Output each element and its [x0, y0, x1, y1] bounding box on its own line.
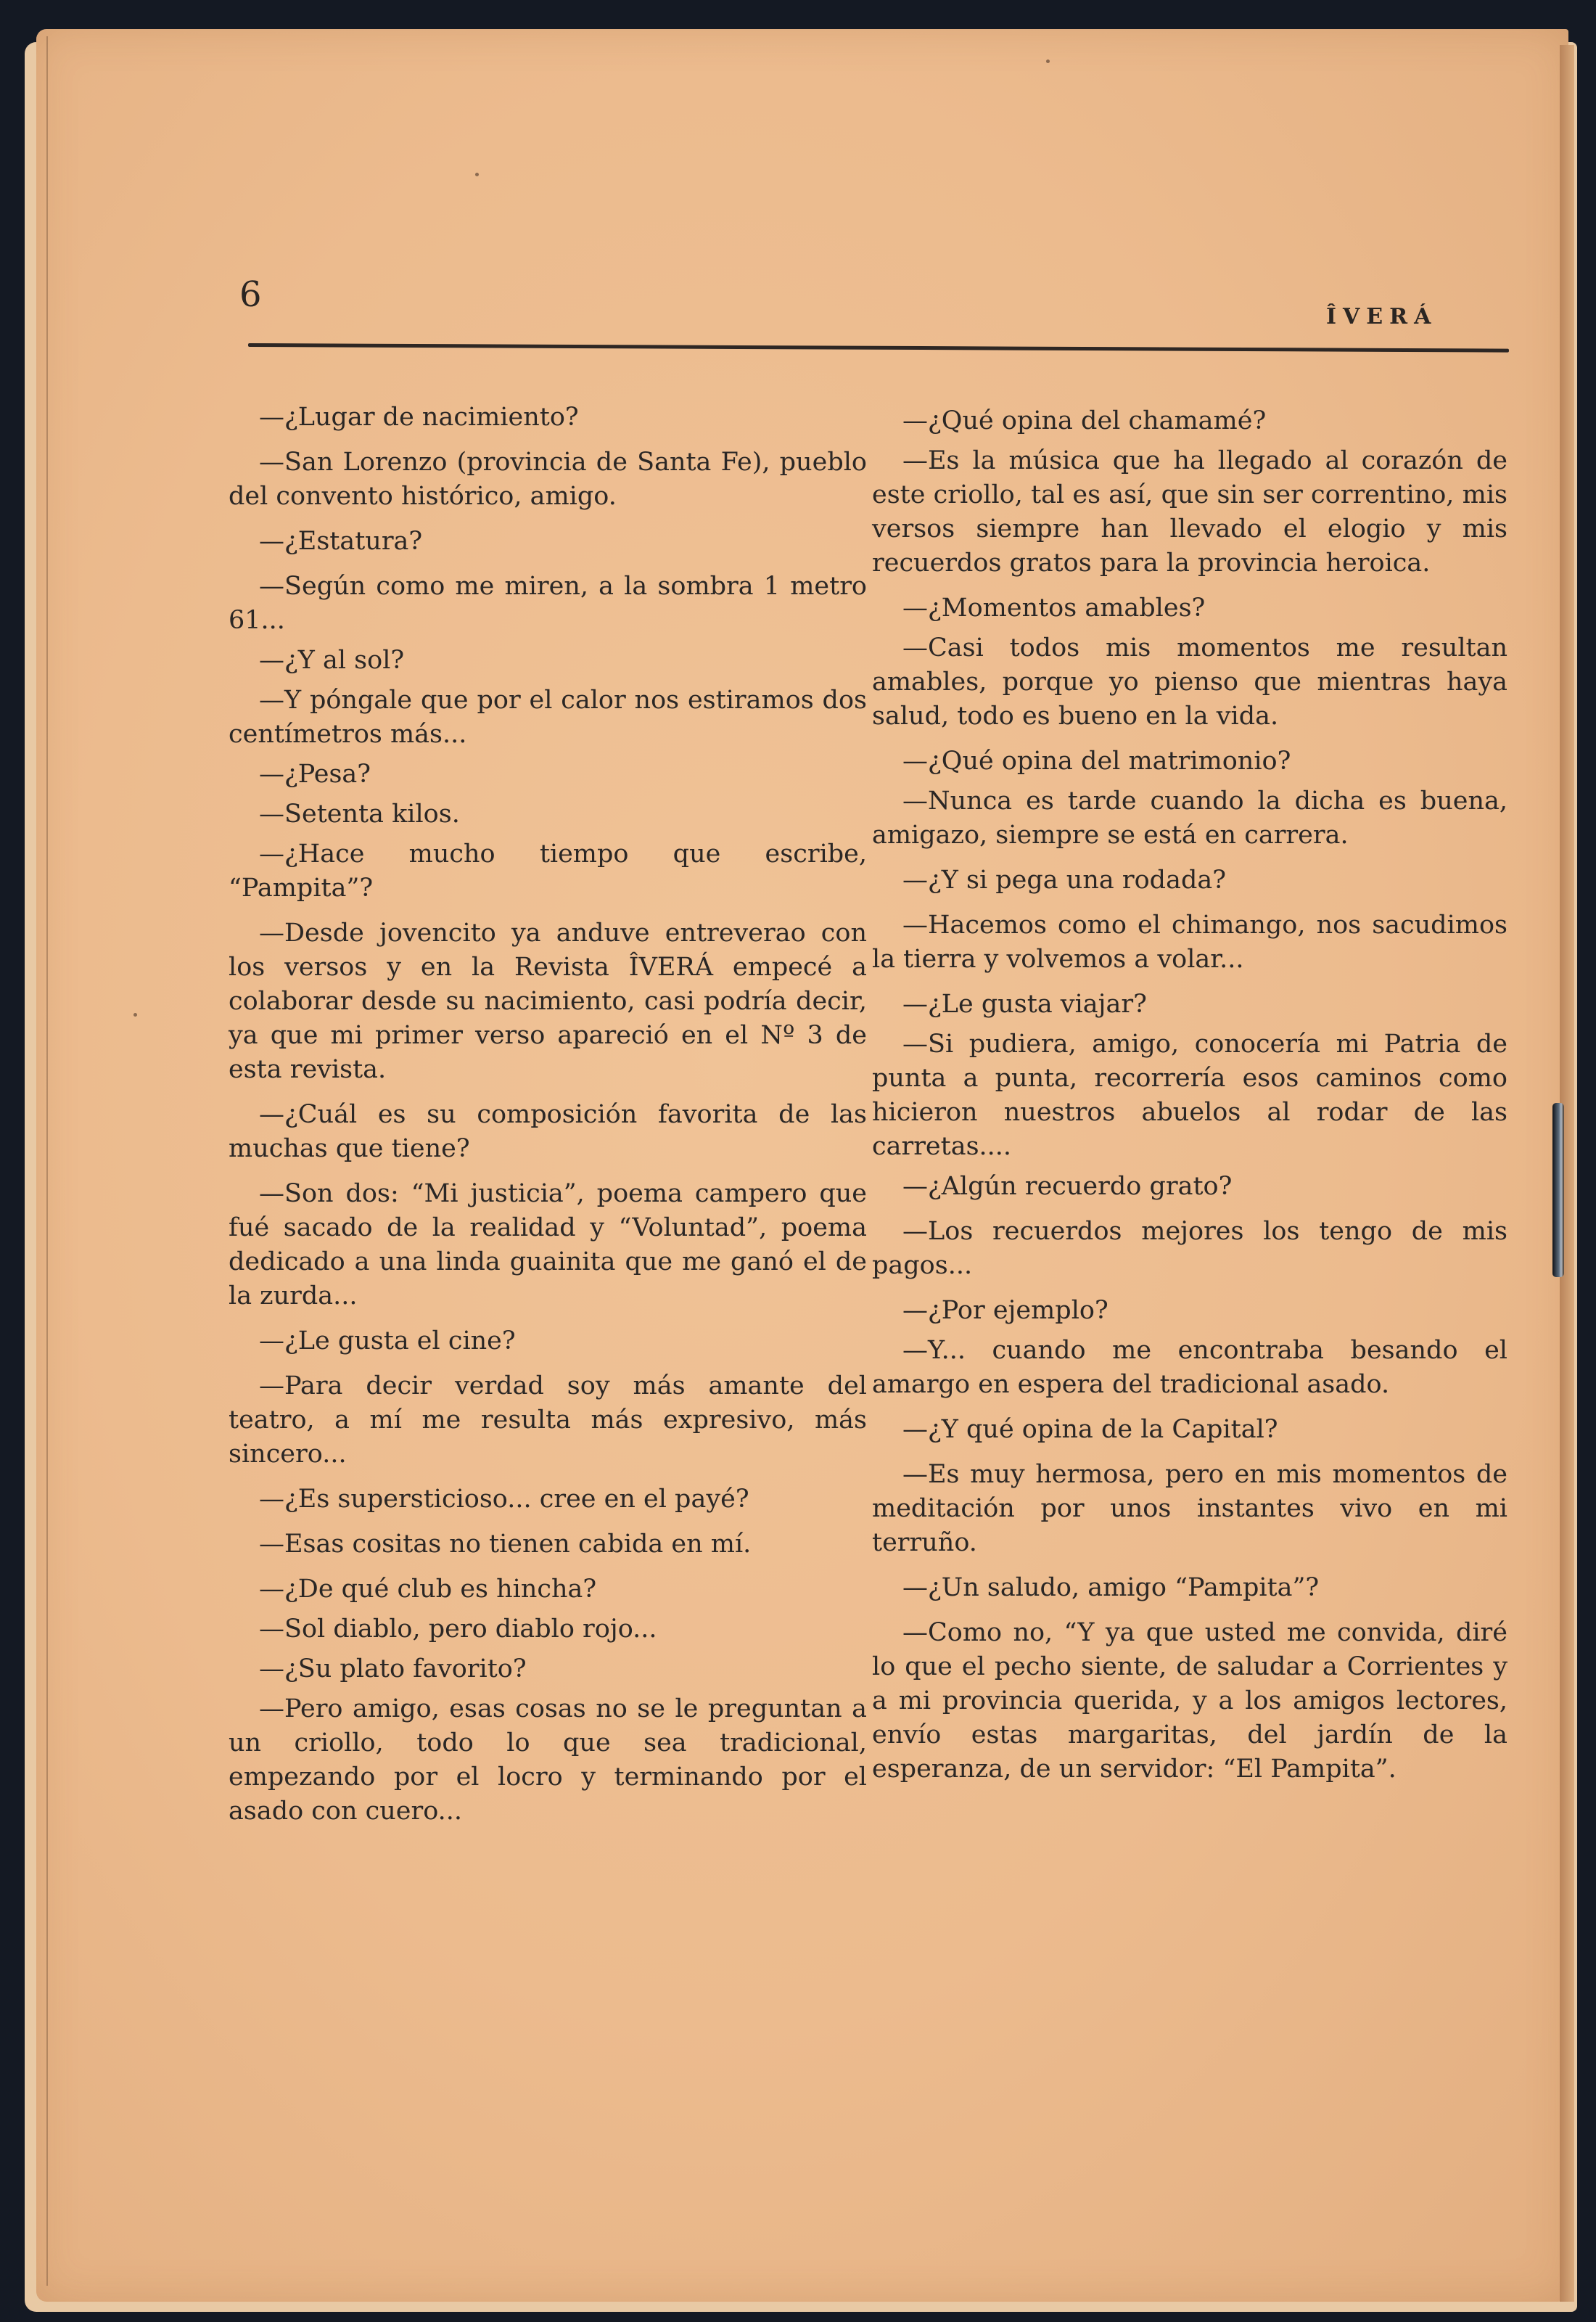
answer: —Y póngale que por el calor nos estiramo…	[229, 684, 867, 752]
answer: —Para decir verdad soy más amante del te…	[229, 1369, 867, 1472]
answer: —Y... cuando me encontraba besando el am…	[872, 1334, 1507, 1402]
answer: —Esas cositas no tienen cabida en mí.	[229, 1527, 867, 1562]
question: —¿Qué opina del matrimonio?	[872, 744, 1507, 779]
question: —¿Momentos amables?	[872, 591, 1507, 625]
question: —¿Es supersticioso... cree en el payé?	[229, 1482, 867, 1517]
question: —¿Estatura?	[229, 525, 867, 559]
paper-speck	[475, 173, 479, 176]
question: —¿Y al sol?	[229, 644, 867, 678]
question: —¿Le gusta viajar?	[872, 988, 1507, 1022]
question: —¿Qué opina del chamamé?	[872, 404, 1507, 438]
staple-icon	[1552, 1103, 1564, 1277]
answer: —Es muy hermosa, pero en mis momentos de…	[872, 1458, 1507, 1560]
binding-crease	[46, 36, 48, 2286]
question: —¿Algún recuerdo grato?	[872, 1170, 1507, 1204]
answer: —Los recuerdos mejores los tengo de mis …	[872, 1215, 1507, 1283]
question: —¿Lugar de nacimiento?	[229, 401, 867, 435]
question: —¿Por ejemplo?	[872, 1294, 1507, 1328]
question: —¿Pesa?	[229, 758, 867, 792]
question: —¿Le gusta el cine?	[229, 1324, 867, 1358]
paper-speck	[133, 1013, 137, 1017]
question: —¿Hace mucho tiempo que escribe, “Pampit…	[229, 837, 867, 906]
question: —¿Cuál es su composición favorita de las…	[229, 1098, 867, 1166]
answer: —Son dos: “Mi justicia”, poema campero q…	[229, 1177, 867, 1313]
magazine-page: 6 ÎVERÁ —¿Lugar de nacimiento? —San Lore…	[36, 29, 1568, 2302]
left-column: —¿Lugar de nacimiento? —San Lorenzo (pro…	[229, 401, 867, 1839]
answer: —Si pudiera, amigo, conocería mi Patria …	[872, 1027, 1507, 1164]
right-column: —¿Qué opina del chamamé? —Es la música q…	[872, 404, 1507, 1797]
answer: —Como no, “Y ya que usted me convida, di…	[872, 1616, 1507, 1786]
question: —¿Un saludo, amigo “Pampita”?	[872, 1571, 1507, 1605]
header-rule	[248, 343, 1509, 353]
answer: —Pero amigo, esas cosas no se le pregunt…	[229, 1692, 867, 1829]
question: —¿Y qué opina de la Capital?	[872, 1413, 1507, 1447]
question: —¿Su plato favorito?	[229, 1652, 867, 1686]
journal-title: ÎVERÁ	[1326, 306, 1437, 328]
question: —¿De qué club es hincha?	[229, 1572, 867, 1607]
question: —¿Y si pega una rodada?	[872, 863, 1507, 898]
answer: —Sol diablo, pero diablo rojo...	[229, 1612, 867, 1646]
answer: —Según como me miren, a la sombra 1 metr…	[229, 570, 867, 638]
answer: —Setenta kilos.	[229, 797, 867, 832]
answer: —Desde jovencito ya anduve entreverao co…	[229, 916, 867, 1087]
answer: —Hacemos como el chimango, nos sacudimos…	[872, 908, 1507, 977]
answer: —Nunca es tarde cuando la dicha es buena…	[872, 784, 1507, 853]
answer: —San Lorenzo (provincia de Santa Fe), pu…	[229, 446, 867, 514]
page-number: 6	[239, 277, 262, 312]
answer: —Casi todos mis momentos me resultan ama…	[872, 631, 1507, 734]
paper-speck	[1046, 60, 1050, 63]
answer: —Es la música que ha llegado al corazón …	[872, 444, 1507, 580]
